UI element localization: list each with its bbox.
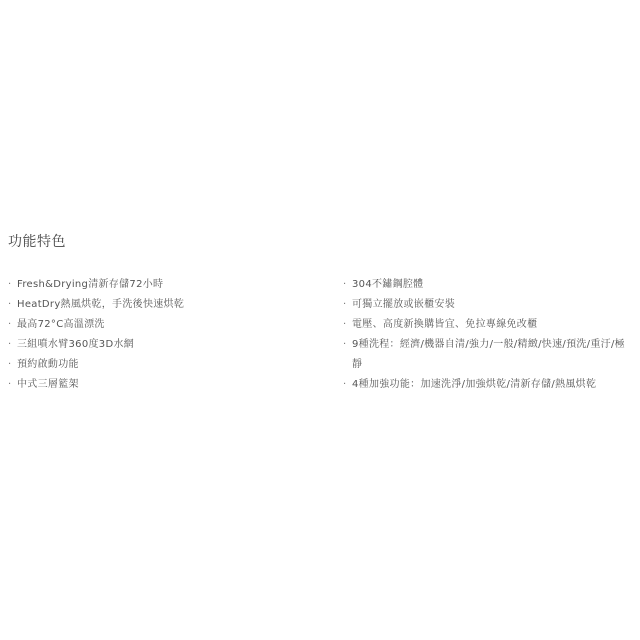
bullet-icon: · <box>343 315 346 335</box>
feature-item: ·4種加強功能：加速洗淨/加強烘乾/清新存儲/熱風烘乾 <box>343 375 635 395</box>
feature-list-left: ·Fresh&Drying清新存儲72小時 ·HeatDry熱風烘乾，手洗後快速… <box>8 275 328 395</box>
bullet-icon: · <box>343 275 346 295</box>
feature-text: 中式三層籃架 <box>17 379 79 390</box>
bullet-icon: · <box>8 355 11 375</box>
feature-item: ·HeatDry熱風烘乾，手洗後快速烘乾 <box>8 295 328 315</box>
feature-item: ·最高72°C高溫漂洗 <box>8 315 328 335</box>
bullet-icon: · <box>8 335 11 355</box>
feature-item: ·Fresh&Drying清新存儲72小時 <box>8 275 328 295</box>
bullet-icon: · <box>8 295 11 315</box>
feature-item: ·三組噴水臂360度3D水網 <box>8 335 328 355</box>
feature-item: ·電壓、高度新換購皆宜、免拉專線免改櫃 <box>343 315 635 335</box>
feature-item: ·304不鏽鋼腔體 <box>343 275 635 295</box>
feature-text: 4種加強功能：加速洗淨/加強烘乾/清新存儲/熱風烘乾 <box>352 379 596 390</box>
feature-text: 最高72°C高溫漂洗 <box>17 319 105 330</box>
feature-item: ·9種洗程：經濟/機器自清/強力/一般/精緻/快速/預洗/重汙/極靜 <box>343 335 635 375</box>
feature-text: Fresh&Drying清新存儲72小時 <box>17 279 163 290</box>
bullet-icon: · <box>8 275 11 295</box>
feature-text: 304不鏽鋼腔體 <box>352 279 424 290</box>
bullet-icon: · <box>343 295 346 315</box>
feature-item: ·中式三層籃架 <box>8 375 328 395</box>
bullet-icon: · <box>8 375 11 395</box>
feature-item: ·預約啟動功能 <box>8 355 328 375</box>
bullet-icon: · <box>8 315 11 335</box>
feature-text: 預約啟動功能 <box>17 359 79 370</box>
feature-text: 電壓、高度新換購皆宜、免拉專線免改櫃 <box>352 319 537 330</box>
bullet-icon: · <box>343 375 346 395</box>
feature-list-right: ·304不鏽鋼腔體 ·可獨立擺放或嵌櫃安裝 ·電壓、高度新換購皆宜、免拉專線免改… <box>343 275 635 395</box>
feature-text: 可獨立擺放或嵌櫃安裝 <box>352 299 455 310</box>
feature-item: ·可獨立擺放或嵌櫃安裝 <box>343 295 635 315</box>
feature-text: 三組噴水臂360度3D水網 <box>17 339 134 350</box>
feature-text: 9種洗程：經濟/機器自清/強力/一般/精緻/快速/預洗/重汙/極靜 <box>352 339 625 370</box>
feature-text: HeatDry熱風烘乾，手洗後快速烘乾 <box>17 299 184 310</box>
bullet-icon: · <box>343 335 346 355</box>
section-title: 功能特色 <box>8 233 66 251</box>
